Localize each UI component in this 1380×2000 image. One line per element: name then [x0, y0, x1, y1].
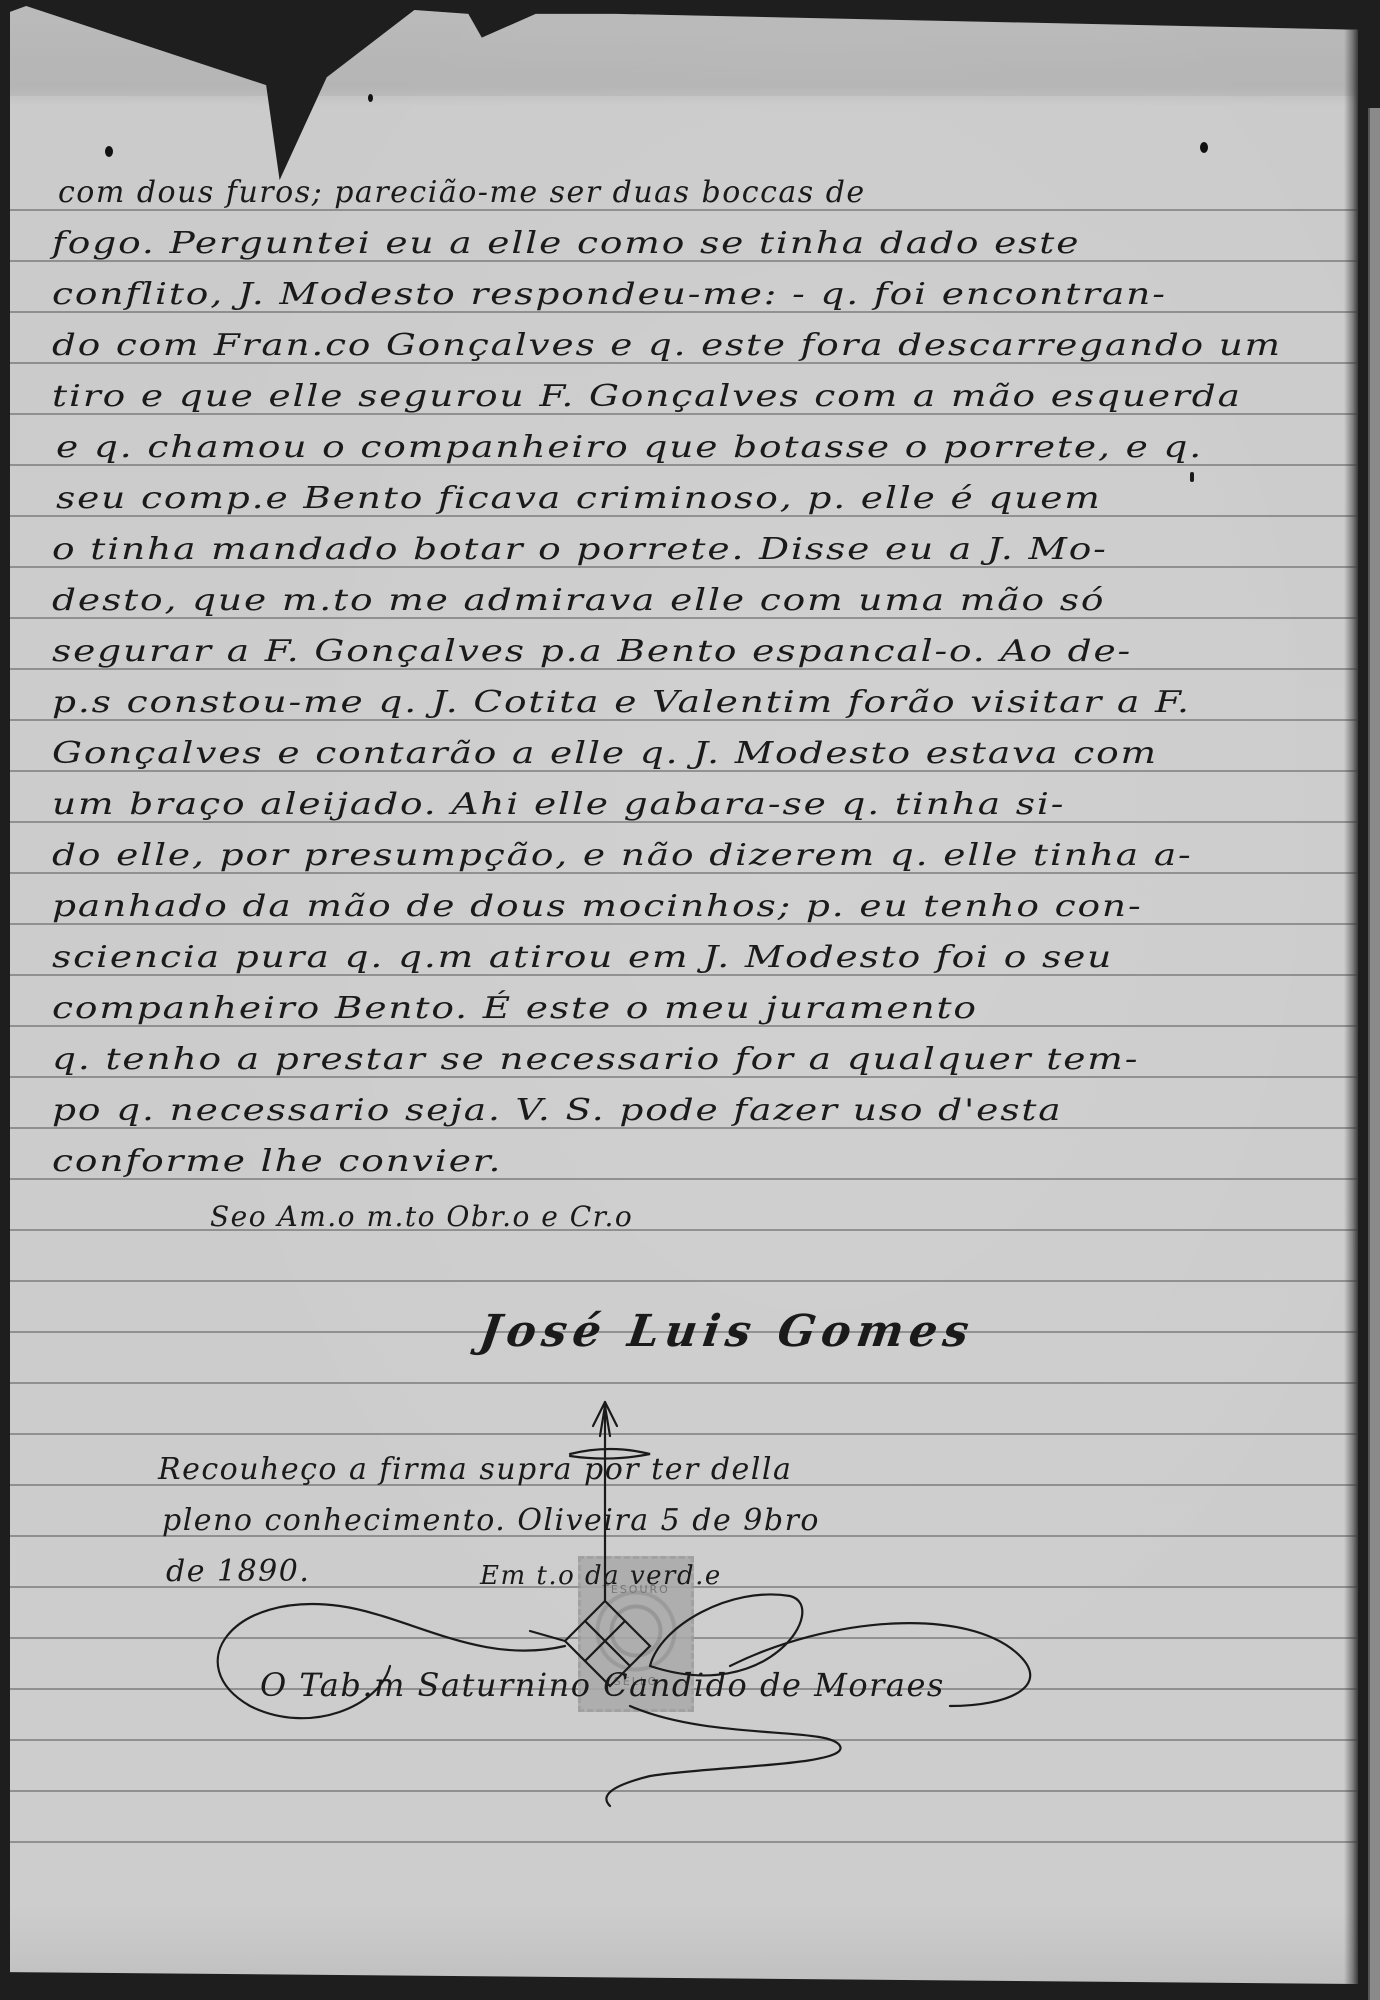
notary-attestation-line-3: de 1890.: [166, 1554, 310, 1589]
body-line-12: Gonçalves e contarão a elle q. J. Modest…: [52, 739, 1158, 769]
punch-hole: [1200, 142, 1208, 153]
body-line-5: tiro e que elle segurou F. Gonçalves com…: [52, 382, 1242, 412]
body-line-11: p.s constou-me q. J. Cotita e Valentim f…: [52, 688, 1191, 718]
body-line-3: conflito, J. Modesto respondeu-me: - q. …: [52, 280, 1167, 310]
ink-speck: [1190, 472, 1194, 482]
body-line-8: o tinha mandado botar o porrete. Disse e…: [52, 535, 1108, 565]
body-line-20: conforme lhe convier.: [52, 1147, 502, 1177]
ruled-line: [10, 1739, 1358, 1741]
punch-hole: [105, 146, 113, 157]
ruled-line: [10, 1433, 1358, 1435]
body-line-15: panhado da mão de dous mocinhos; p. eu t…: [52, 892, 1143, 922]
adjacent-page-edge: [1368, 108, 1380, 2000]
notary-attestation-line-2: pleno conhecimento. Oliveira 5 de 9bro: [162, 1503, 820, 1538]
body-line-19: po q. necessario seja. V. S. pode fazer …: [52, 1096, 1063, 1126]
body-line-13: um braço aleijado. Ahi elle gabara-se q.…: [52, 790, 1065, 820]
closing-salutation: Seo Am.o m.to Obr.o e Cr.o: [210, 1200, 633, 1233]
body-line-16: sciencia pura q. q.m atirou em J. Modest…: [52, 943, 1113, 973]
body-line-1: com dous furos; parecião-me ser duas boc…: [58, 178, 1288, 208]
body-line-9: desto, que m.to me admirava elle com uma…: [52, 586, 1105, 616]
ruled-line: [10, 1841, 1358, 1843]
body-line-14: do elle, por presumpção, e não dizerem q…: [52, 841, 1193, 871]
body-line-18: q. tenho a prestar se necessario for a q…: [52, 1045, 1139, 1075]
notary-witness-mark: Em t.o da verd.e: [480, 1561, 722, 1591]
declarant-signature: José Luis Gomes: [476, 1306, 977, 1357]
ink-speck: [368, 94, 373, 102]
body-line-4: do com Fran.co Gonçalves e q. este fora …: [52, 331, 1282, 361]
notary-signature: O Tab.m Saturnino Candido de Moraes: [260, 1666, 945, 1704]
ruled-line: [10, 1790, 1358, 1792]
ruled-line: [10, 1382, 1358, 1384]
ruled-line: [10, 1280, 1358, 1282]
body-line-6: e q. chamou o companheiro que botasse o …: [56, 433, 1203, 463]
document-page: com dous furos; parecião-me ser duas boc…: [10, 6, 1358, 1984]
body-line-17: companheiro Bento. É este o meu jurament…: [52, 994, 978, 1024]
body-line-10: segurar a F. Gonçalves p.a Bento espanca…: [52, 637, 1132, 667]
body-line-7: seu comp.e Bento ficava criminoso, p. el…: [56, 484, 1102, 514]
notary-attestation-line-1: Recouheço a firma supra por ter della: [158, 1452, 792, 1487]
body-line-2: fogo. Perguntei eu a elle como se tinha …: [52, 229, 1080, 259]
